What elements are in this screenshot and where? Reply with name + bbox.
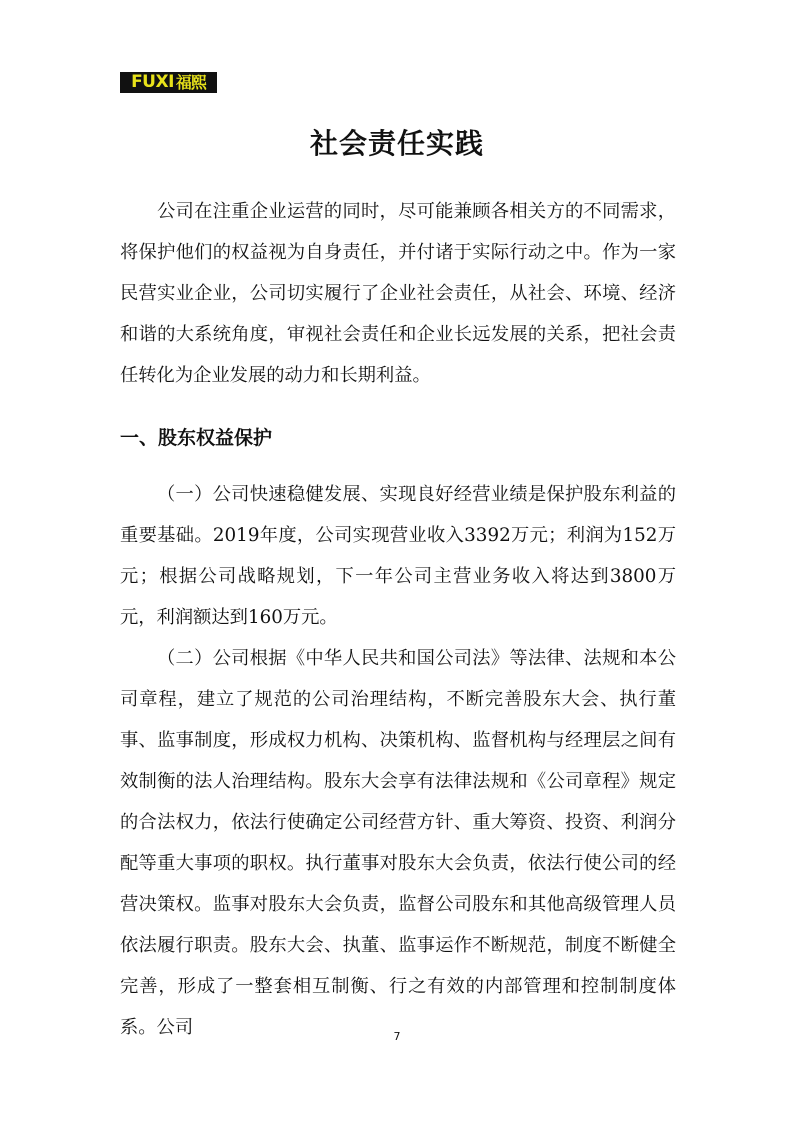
logo-text-cn: 福熙 bbox=[176, 72, 206, 93]
paragraph-item-2: （二）公司根据《中华人民共和国公司法》等法律、法规和本公司章程，建立了规范的公司… bbox=[120, 638, 676, 1048]
paragraph-item-1: （一）公司快速稳健发展、实现良好经营业绩是保护股东利益的重要基础。2019年度，… bbox=[120, 474, 676, 638]
section-heading-shareholder-protection: 一、股东权益保护 bbox=[120, 422, 272, 454]
logo-text-en: FUXI bbox=[131, 72, 174, 93]
page-title: 社会责任实践 bbox=[0, 124, 794, 164]
page-number: 7 bbox=[0, 1030, 794, 1043]
intro-paragraph: 公司在注重企业运营的同时，尽可能兼顾各相关方的不同需求，将保护他们的权益视为自身… bbox=[120, 191, 676, 396]
company-logo: FUXI 福熙 bbox=[120, 72, 217, 93]
